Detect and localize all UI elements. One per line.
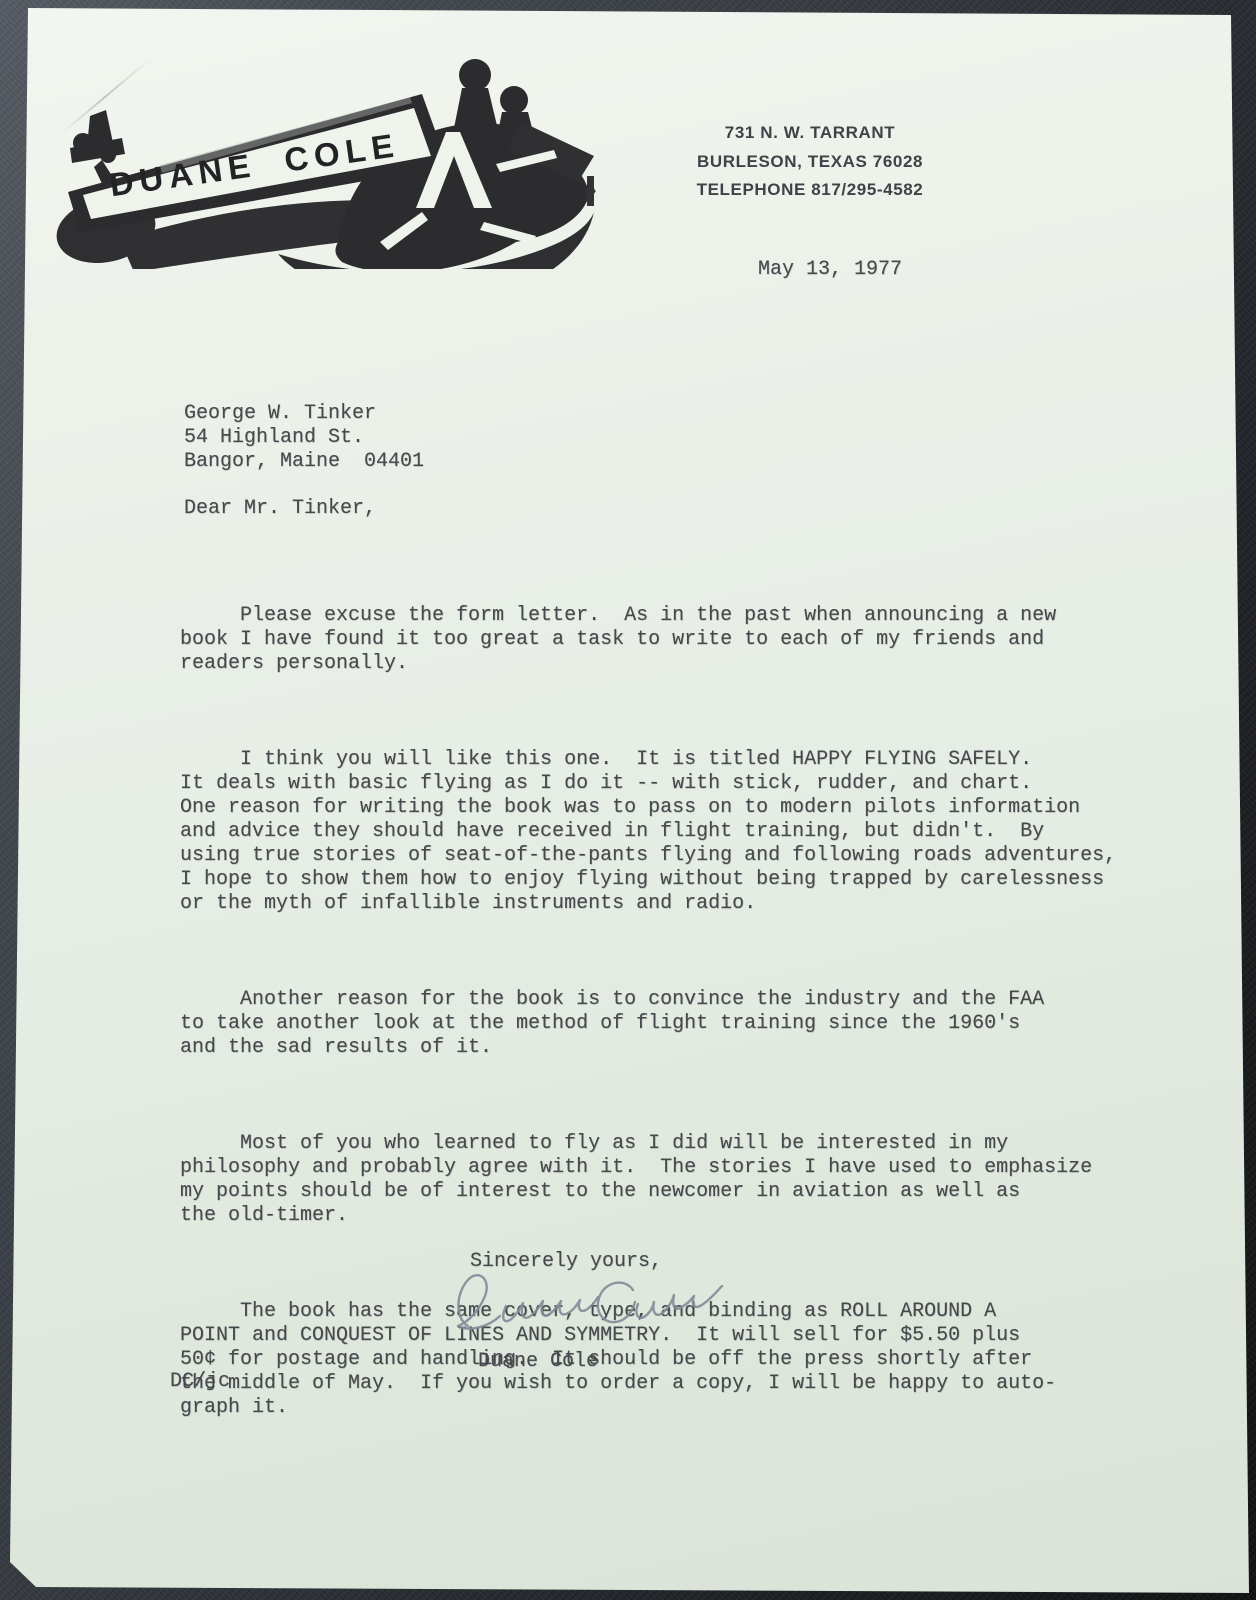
letter-date: May 13, 1977 (758, 258, 902, 282)
biplane-logo: DUANE COLE (50, 44, 605, 269)
letterhead-address: 731 N. W. TARRANT BURLESON, TEXAS 76028 … (660, 119, 960, 205)
typed-signature-name: Duane Cole (478, 1350, 598, 1374)
letter-body: Please excuse the form letter. As in the… (180, 556, 1116, 1492)
reference-initials: DC/jc (170, 1370, 230, 1394)
letterhead-address-line: BURLESON, TEXAS 76028 (660, 148, 960, 177)
paragraph: Another reason for the book is to convin… (180, 988, 1116, 1060)
letterhead-address-line: TELEPHONE 817/295-4582 (660, 176, 960, 205)
salutation: Dear Mr. Tinker, (184, 497, 376, 521)
handwritten-signature (448, 1262, 728, 1347)
letterhead-address-line: 731 N. W. TARRANT (660, 119, 960, 148)
paragraph: I think you will like this one. It is ti… (180, 748, 1116, 916)
paragraph: Please excuse the form letter. As in the… (180, 604, 1116, 676)
recipient-address: George W. Tinker 54 Highland St. Bangor,… (184, 402, 424, 474)
paragraph: Most of you who learned to fly as I did … (180, 1132, 1116, 1228)
letter-paper: DUANE COLE 731 N. W. TARRANT BURLESON, T… (0, 0, 1256, 1600)
